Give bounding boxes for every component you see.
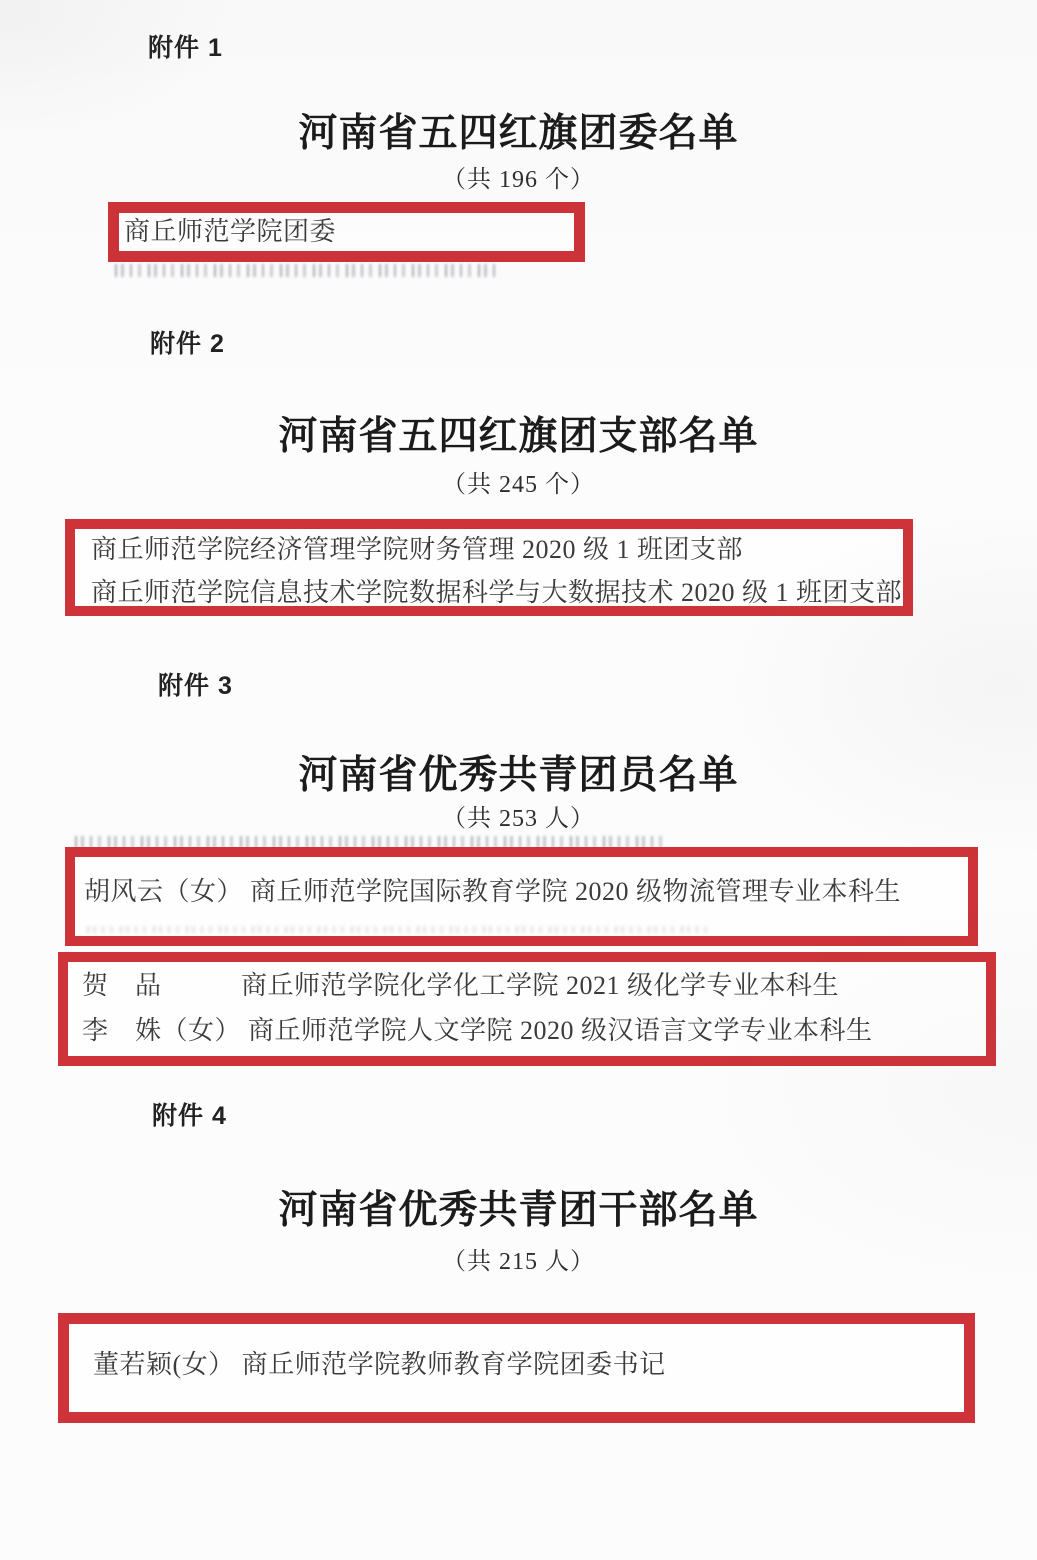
attachment-2-count: （共 245 个）	[0, 464, 1037, 499]
highlighted-entry: 商丘师范学院信息技术学院数据科学与大数据技术 2020 级 1 班团支部	[91, 579, 902, 608]
blurred-text-fragment	[87, 926, 707, 933]
highlighted-entry: 胡风云（女） 商丘师范学院国际教育学院 2020 级物流管理专业本科生	[84, 878, 901, 907]
attachment-2-label: 附件 2	[150, 324, 225, 360]
attachment-4-count: （共 215 人）	[0, 1241, 1037, 1276]
highlighted-entry: 商丘师范学院团委	[124, 218, 336, 247]
highlight-box-branches: 商丘师范学院经济管理学院财务管理 2020 级 1 班团支部 商丘师范学院信息技…	[65, 519, 913, 616]
attachment-4-title: 河南省优秀共青团干部名单	[0, 1179, 1037, 1235]
attachment-3-count: （共 253 人）	[0, 798, 1037, 833]
highlighted-entry: 商丘师范学院经济管理学院财务管理 2020 级 1 班团支部	[91, 536, 743, 565]
attachment-1-title: 河南省五四红旗团委名单	[0, 102, 1037, 158]
highlighted-entry: 李 姝（女） 商丘师范学院人文学院 2020 级汉语言文学专业本科生	[82, 1017, 873, 1046]
highlighted-entry: 董若颖(女） 商丘师范学院教师教育学院团委书记	[93, 1351, 666, 1380]
highlight-box-member-2: 贺 品 商丘师范学院化学化工学院 2021 级化学专业本科生 李 姝（女） 商丘…	[58, 952, 996, 1066]
attachment-3-label: 附件 3	[158, 666, 233, 702]
attachment-1-count: （共 196 个）	[0, 159, 1037, 194]
attachment-2-title: 河南省五四红旗团支部名单	[0, 405, 1037, 461]
highlight-box-member-1: 胡风云（女） 商丘师范学院国际教育学院 2020 级物流管理专业本科生	[65, 847, 978, 946]
attachment-3-title: 河南省优秀共青团员名单	[0, 744, 1037, 800]
highlight-box-commission: 商丘师范学院团委	[108, 202, 585, 262]
highlight-box-cadre: 董若颖(女） 商丘师范学院教师教育学院团委书记	[58, 1313, 975, 1423]
document-page: 附件 1 河南省五四红旗团委名单 （共 196 个） 商丘师范学院团委 附件 2…	[0, 0, 1037, 1560]
blurred-text-fragment	[115, 264, 500, 277]
highlighted-entry: 贺 品 商丘师范学院化学化工学院 2021 级化学专业本科生	[82, 972, 839, 1001]
attachment-4-label: 附件 4	[152, 1096, 227, 1132]
attachment-1-label: 附件 1	[148, 28, 223, 64]
